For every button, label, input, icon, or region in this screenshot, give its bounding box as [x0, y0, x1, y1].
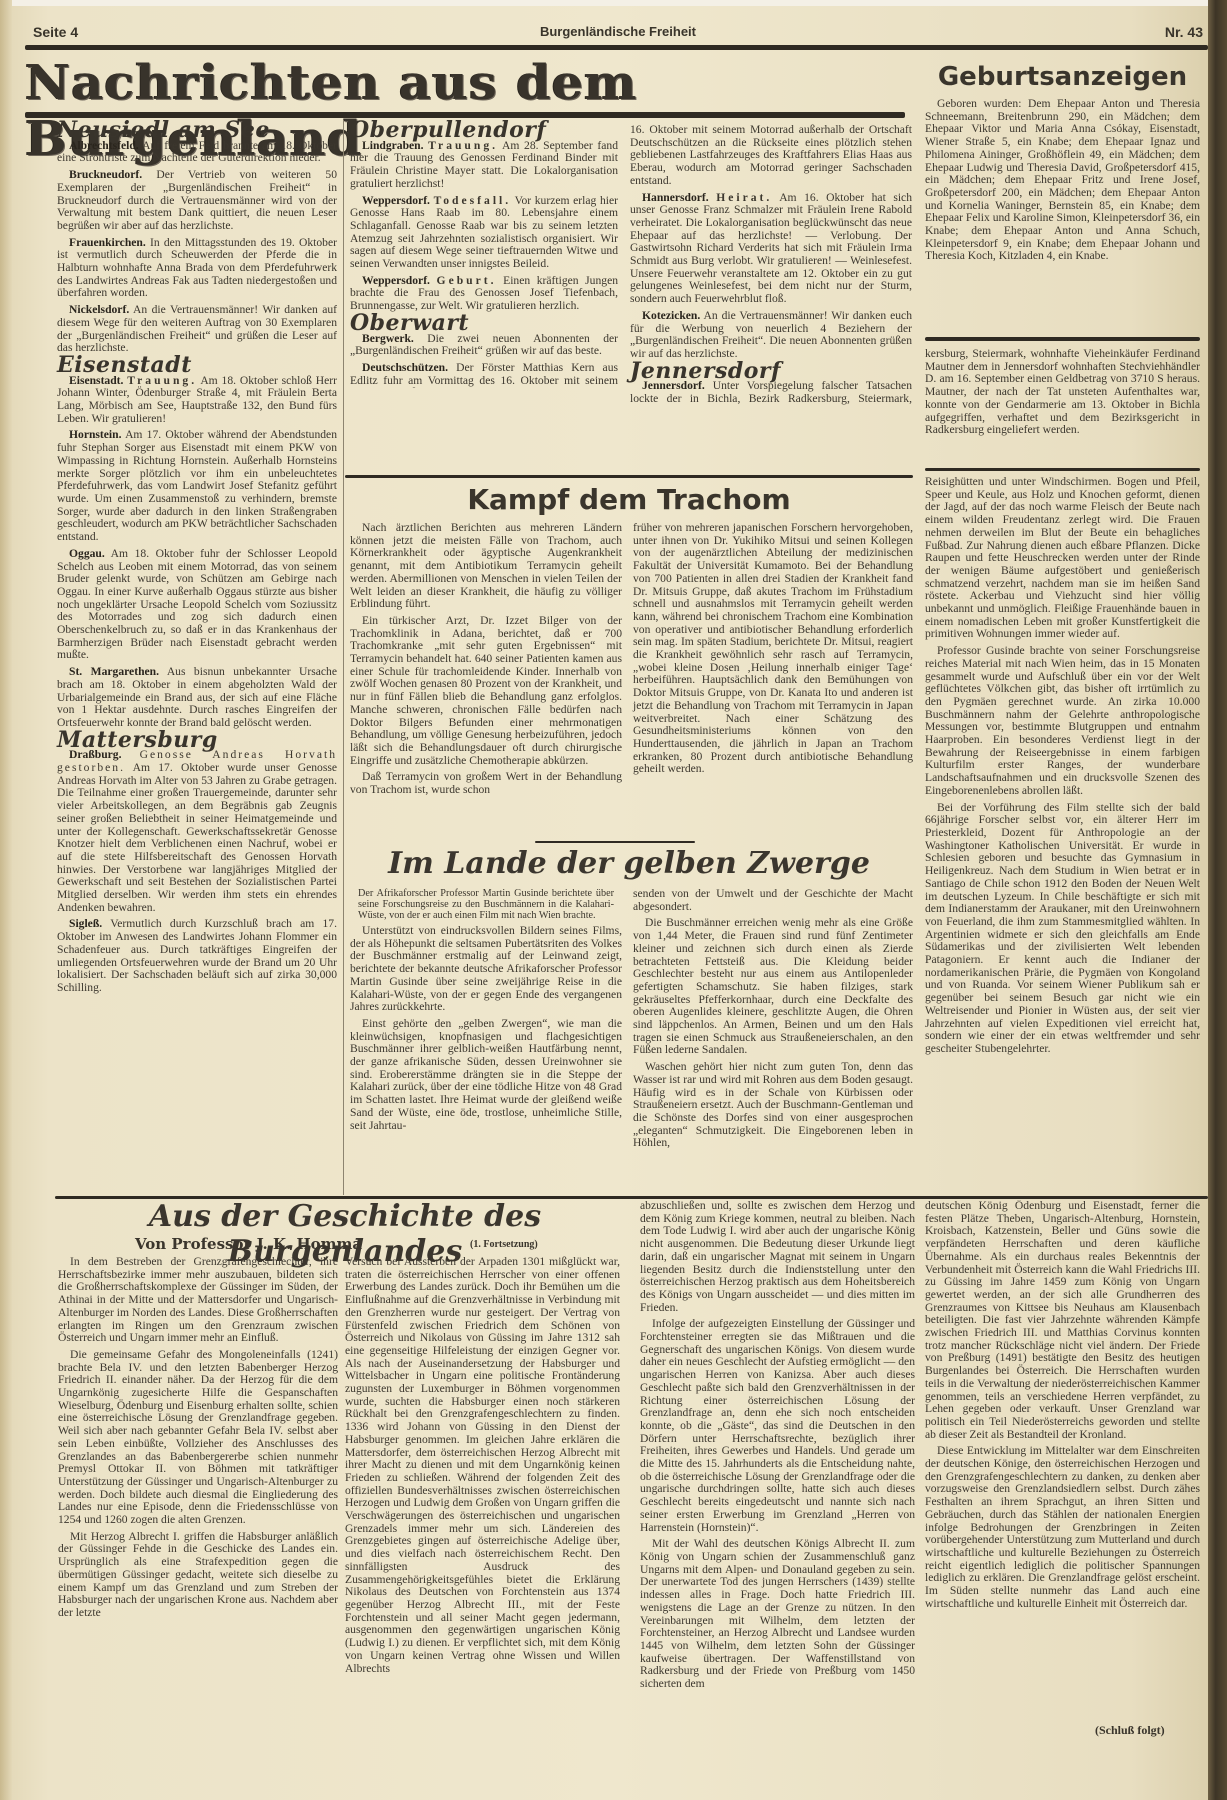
continuation-note: (1. Fortsetzung)	[470, 1239, 538, 1250]
end-note: (Schluß folgt)	[1095, 1723, 1165, 1738]
geschichte-column-1: In dem Bestreben der Grenzgrafengeschlec…	[58, 1256, 338, 1624]
news-item: Weppersdorf. Todesfall. Vor kurzem erlag…	[350, 195, 618, 271]
news-item-continued: 16. Oktober mit seinem Motorrad außerhal…	[630, 124, 912, 188]
trachom-headline: Kampf dem Trachom	[345, 483, 913, 516]
column-divider	[343, 120, 344, 1195]
births-rule	[925, 337, 1200, 341]
section-title-eisenstadt: Eisenstadt	[57, 359, 337, 372]
scan-left-edge	[0, 0, 12, 1800]
section-masthead: Nachrichten aus dem Burgenland	[25, 55, 911, 113]
page-binding-edge	[1208, 0, 1227, 1800]
trachom-column-2: früher von mehreren japanischen Forscher…	[633, 522, 913, 780]
news-item: Deutschschützen. Der Förster Matthias Ke…	[350, 362, 618, 388]
zwerge-column-1: Der Afrikaforscher Professor Martin Gusi…	[350, 888, 622, 1136]
geschichte-column-2: Versuch bei Aussterben der Arpaden 1301 …	[345, 1256, 620, 1679]
news-item: Jennersdorf. Unter Vorspiegelung falsche…	[630, 380, 912, 406]
ornament-rule	[535, 841, 695, 843]
news-item: Bergwerk. Die zwei neuen Abonnenten der …	[350, 333, 618, 358]
news-item: Hannersdorf. Heirat. Am 16. Oktober hat …	[630, 192, 912, 306]
trachom-column-1: Nach ärztlichen Berichten aus mehreren L…	[350, 522, 622, 801]
scan-top-edge	[0, 0, 1227, 6]
news-item: Hornstein. Am 17. Oktober während der Ab…	[57, 429, 337, 543]
news-item: Kotezicken. An die Vertrauensmänner! Wir…	[630, 310, 912, 361]
section-rule	[925, 468, 1200, 471]
newspaper-name: Burgenländische Freiheit	[33, 24, 1203, 39]
byline: Von Professor J. K. Homma	[135, 1235, 362, 1253]
news-item: Albrechtsfeld. Auf freiem Feld brannte a…	[57, 140, 337, 165]
issue-number: Nr. 43	[1165, 24, 1203, 40]
running-head: Seite 4 Burgenländische Freiheit Nr. 43	[33, 24, 1203, 44]
section-title-neusiedl: Neusiedl am See	[57, 124, 337, 137]
section-title-mattersburg: Mattersburg	[57, 734, 337, 747]
news-item: Weppersdorf. Geburt. Einen kräftigen Jun…	[350, 275, 618, 313]
jennersdorf-continued: kersburg, Steiermark, wohnhafte Vieheink…	[925, 348, 1200, 441]
news-item: Eisenstadt. Trauung. Am 18. Oktober schl…	[57, 375, 337, 426]
news-item: Bruckneudorf. Der Vertrieb von weiteren …	[57, 169, 337, 233]
section-title-oberwart: Oberwart	[350, 317, 618, 330]
zwerge-headline: Im Lande der gelben Zwerge	[345, 846, 913, 881]
news-item: Nickelsdorf. An die Vertrauensmänner! Wi…	[57, 304, 337, 355]
births-title: Geburtsanzeigen	[925, 62, 1200, 92]
section-rule	[345, 475, 913, 478]
zwerge-intro: Der Afrikaforscher Professor Martin Gusi…	[358, 888, 614, 921]
news-item: Lindgraben. Trauung. Am 28. September fa…	[350, 140, 618, 191]
column-2: Oberpullendorf Lindgraben. Trauung. Am 2…	[350, 120, 618, 392]
news-item: St. Margarethen. Aus bisnun unbekannter …	[57, 666, 337, 730]
section-title-jennersdorf: Jennersdorf	[630, 365, 912, 378]
news-item: Oggau. Am 18. Oktober fuhr der Schlosser…	[57, 548, 337, 662]
zwerge-column-3: Reisighütten und unter Windschirmen. Bog…	[925, 476, 1200, 1060]
births-text: Geboren wurden: Dem Ehepaar Anton und Th…	[925, 98, 1200, 267]
news-item: Sigleß. Vermutlich durch Kurzschluß brac…	[57, 918, 337, 994]
zwerge-column-2: senden von der Umwelt und der Geschichte…	[633, 888, 913, 1154]
column-1: Neusiedl am See Albrechtsfeld. Auf freie…	[57, 120, 337, 999]
section-title-oberpullendorf: Oberpullendorf	[350, 124, 618, 137]
geschichte-column-4: deutschen König Ödenburg und Eisenstadt,…	[925, 1200, 1200, 1615]
column-3: 16. Oktober mit seinem Motorrad außerhal…	[630, 124, 912, 410]
header-rule	[25, 45, 1208, 50]
geschichte-column-3: abzuschließen und, sollte es zwischen de…	[640, 1200, 915, 1695]
news-item: Draßburg. Genosse Andreas Horvath gestor…	[57, 749, 337, 914]
news-item: Frauenkirchen. In den Mittagsstunden des…	[57, 237, 337, 301]
